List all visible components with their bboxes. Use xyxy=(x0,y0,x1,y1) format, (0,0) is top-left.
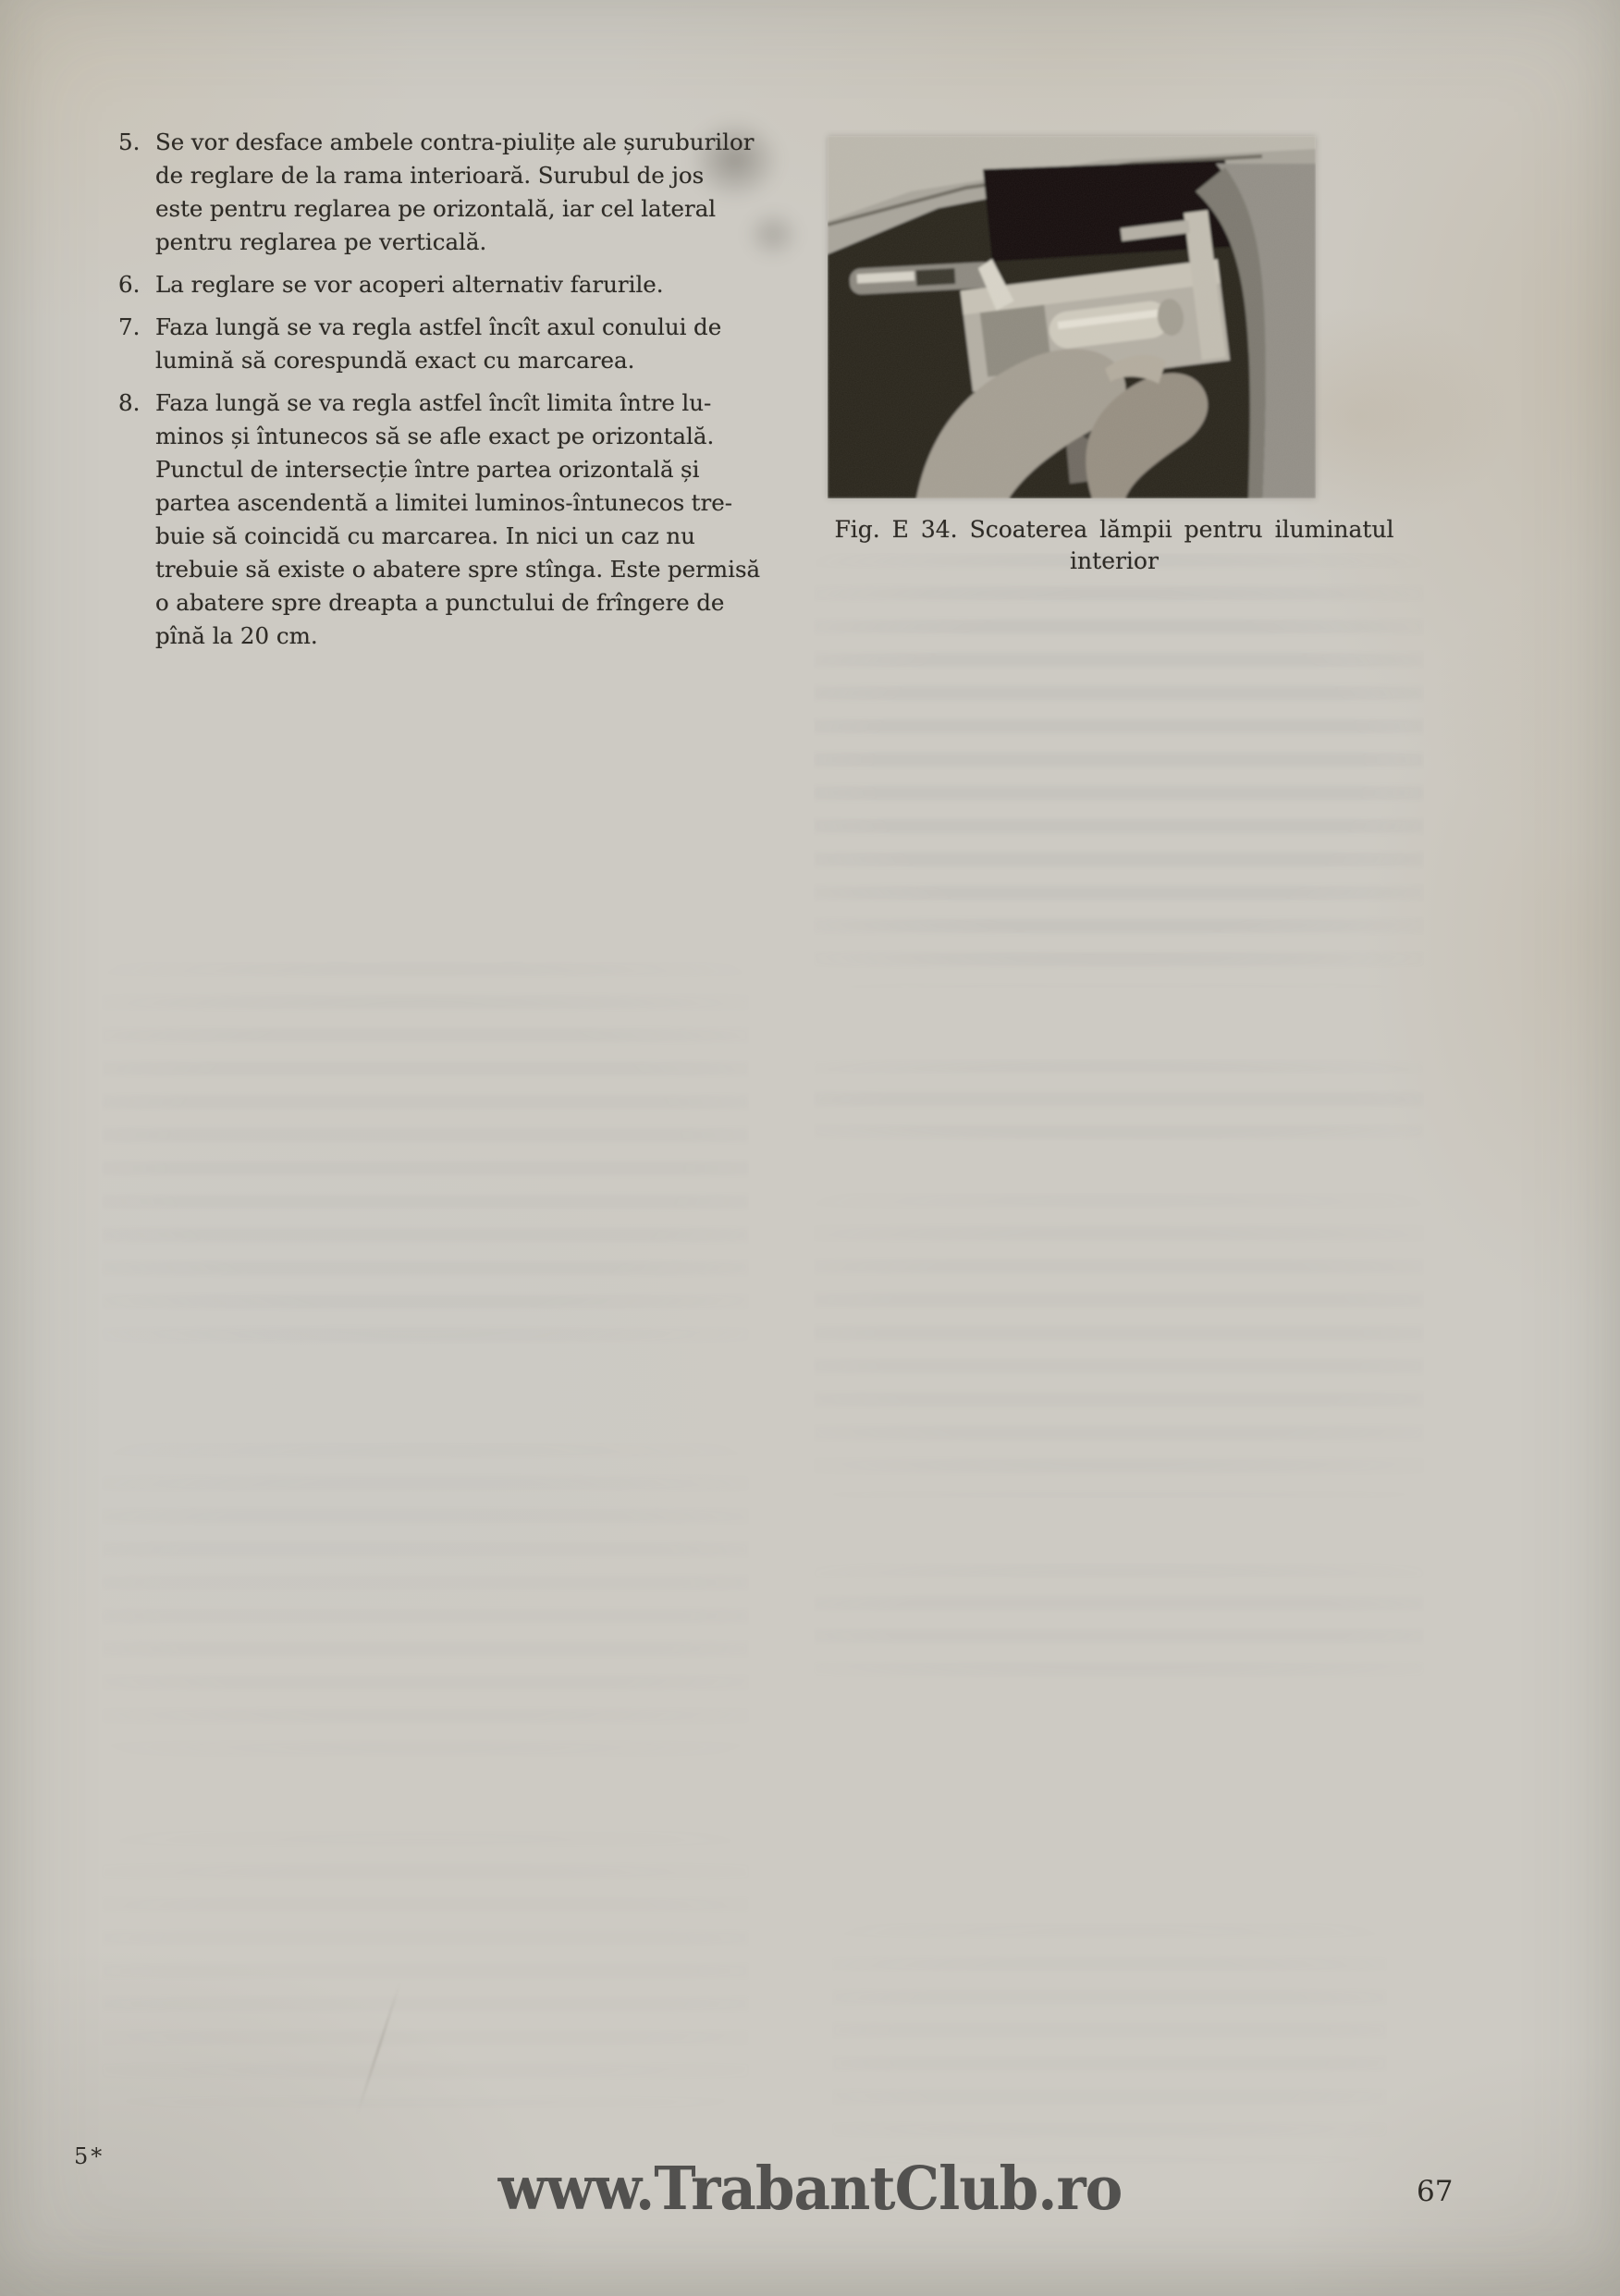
bleed-through-text xyxy=(814,1563,1424,1683)
bleed-through-text xyxy=(102,1443,749,1757)
list-item-line: Punctul de intersecție între partea oriz… xyxy=(155,453,766,486)
list-item: 8.Faza lungă se va regla astfel încît li… xyxy=(118,387,766,653)
list-item-line: Se vor desface ambele contra-piulițe ale… xyxy=(155,126,766,159)
list-item-line: o abatere spre dreapta a punctului de fr… xyxy=(155,586,766,620)
list-item: 7.Faza lungă se va regla astfel încît ax… xyxy=(118,311,766,377)
list-item-number: 8. xyxy=(118,387,140,420)
figure-caption: Fig. E 34. Scoaterea lămpii pentru ilumi… xyxy=(814,514,1415,577)
list-item-line: trebuie să existe o abatere spre stînga.… xyxy=(155,553,766,586)
list-item-line: lumină să corespundă exact cu marcarea. xyxy=(155,344,766,377)
bleed-through-text xyxy=(814,553,1424,988)
list-item-line: Faza lungă se va regla astfel încît axul… xyxy=(155,311,766,344)
list-item-number: 6. xyxy=(118,268,140,301)
bleed-through-text xyxy=(832,1923,1387,2164)
numbered-list: 5.Se vor desface ambele contra-piulițe a… xyxy=(118,126,766,662)
page-number: 67 xyxy=(1417,2175,1453,2208)
bleed-through-text xyxy=(814,1059,1424,1147)
list-item-line: pînă la 20 cm. xyxy=(155,620,766,653)
list-item-number: 5. xyxy=(118,126,140,159)
bleed-through-text xyxy=(102,1831,749,2108)
list-item-line: de reglare de la rama interioară. Surubu… xyxy=(155,159,766,192)
list-item-line: este pentru reglarea pe orizontală, iar … xyxy=(155,192,766,226)
list-item-number: 7. xyxy=(118,311,140,344)
figure-photo-interior-lamp-removal xyxy=(828,136,1316,498)
list-item-line: minos și întunecos să se afle exact pe o… xyxy=(155,420,766,453)
list-item: 5.Se vor desface ambele contra-piulițe a… xyxy=(118,126,766,259)
photo-illustration xyxy=(828,136,1316,498)
list-item-line: Faza lungă se va regla astfel încît limi… xyxy=(155,387,766,420)
list-item-line: partea ascendentă a limitei luminos-întu… xyxy=(155,486,766,520)
list-item-line: pentru reglarea pe verticală. xyxy=(155,226,766,259)
bleed-through-text xyxy=(814,1193,1424,1498)
watermark: www.TrabantClub.ro xyxy=(498,2155,1123,2224)
signature-mark: 5* xyxy=(74,2143,104,2169)
list-item: 6.La reglare se vor acoperi alternativ f… xyxy=(118,268,766,301)
bleed-through-text xyxy=(102,962,749,1359)
list-item-line: La reglare se vor acoperi alternativ far… xyxy=(155,268,766,301)
list-item-line: buie să coincidă cu marcarea. In nici un… xyxy=(155,520,766,553)
scanned-page: 5.Se vor desface ambele contra-piulițe a… xyxy=(0,0,1620,2296)
